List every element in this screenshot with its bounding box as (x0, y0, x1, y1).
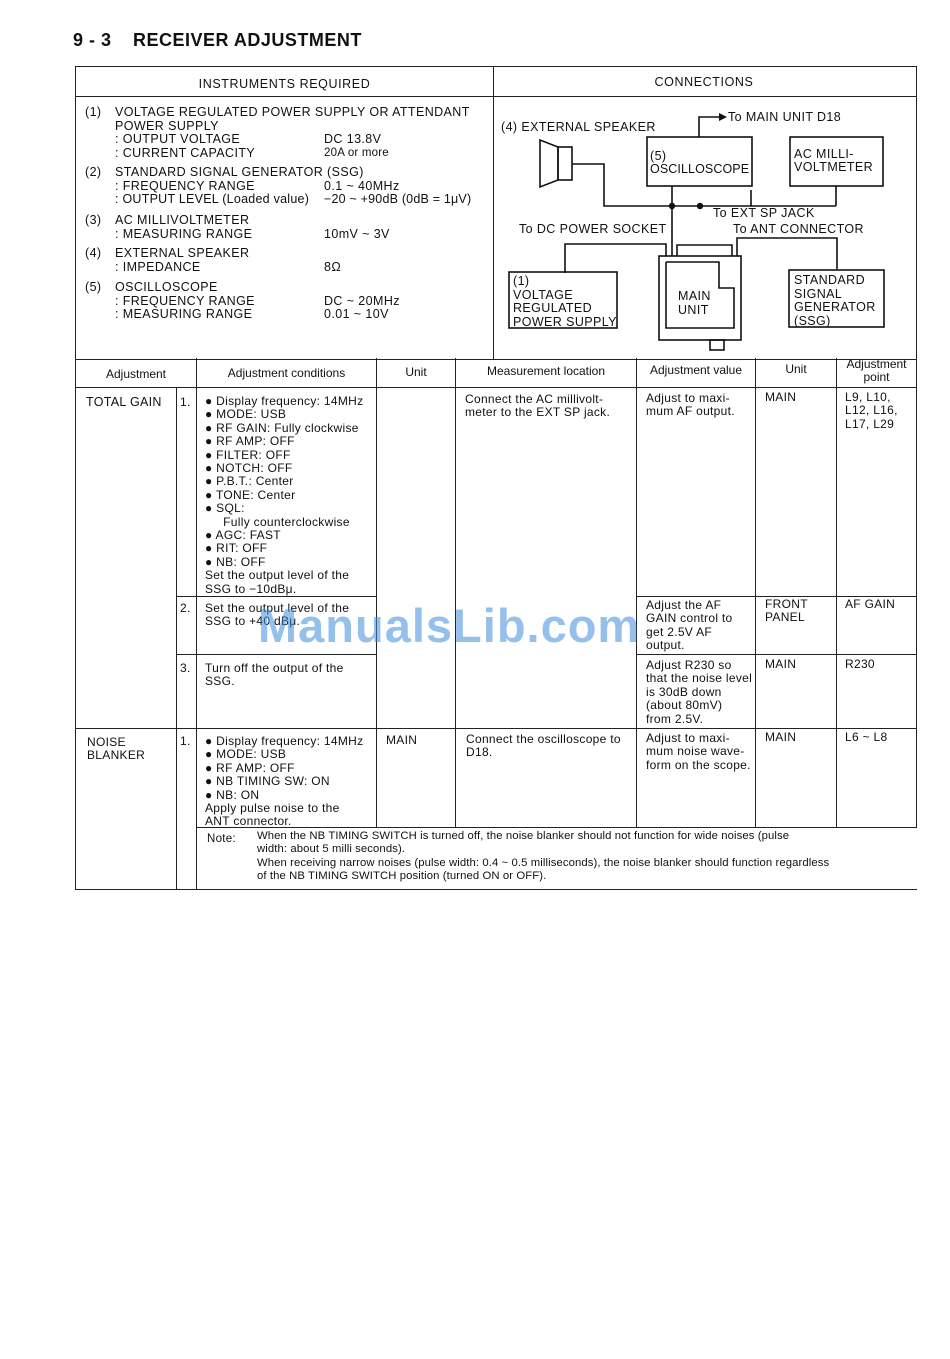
text-line: (about 80mV) (646, 699, 752, 712)
to-main-unit-label: To MAIN UNIT D18 (728, 111, 841, 125)
text-line: Connect the oscilloscope to (466, 733, 621, 746)
unit: MAIN (386, 734, 417, 747)
step-number: 1. (180, 735, 191, 748)
text-line: from 2.5V. (646, 713, 752, 726)
unit: MAIN (765, 391, 796, 404)
text-line: Adjust R230 so (646, 659, 752, 672)
measurement-location: Connect the oscilloscope toD18. (466, 733, 621, 760)
section-number: 9 - 3 (73, 30, 133, 51)
note-text: When the NB TIMING SWITCH is turned off,… (257, 830, 829, 883)
ssg-label: STANDARD (794, 274, 865, 288)
text-line: Turn off the output of the (205, 662, 344, 675)
text-line: mum AF output. (646, 405, 735, 418)
adjustment-value: Adjust the AFGAIN control toget 2.5V AFo… (646, 599, 733, 653)
main-unit-label: MAIN (678, 290, 711, 304)
millivoltmeter-label: VOLTMETER (794, 161, 873, 175)
section-heading: RECEIVER ADJUSTMENT (133, 30, 362, 50)
text-line: ● AGC: FAST (205, 529, 363, 542)
text-line: When the NB TIMING SWITCH is turned off,… (257, 830, 829, 843)
text-line: of the NB TIMING SWITCH position (turned… (257, 870, 829, 883)
adjustment-conditions: ● Display frequency: 14MHz● MODE: USB● R… (205, 395, 363, 596)
psu-label: (1) (513, 275, 529, 289)
ssg-label: GENERATOR (794, 301, 876, 315)
header-measurement-location: Measurement location (456, 365, 636, 378)
adjustment-point: L9, L10,L12, L16,L17, L29 (845, 391, 898, 431)
spec-value: 20A or more (324, 147, 389, 160)
text-line: that the noise level (646, 672, 752, 685)
text-line: SSG. (205, 675, 344, 688)
to-ant-label: To ANT CONNECTOR (733, 223, 864, 237)
spec-label: : FREQUENCY RANGE (115, 295, 255, 309)
text-line: ● RF AMP: OFF (205, 762, 363, 775)
text-line: GAIN control to (646, 612, 733, 625)
spec-value: 0.1 ~ 40MHz (324, 180, 400, 194)
unit: MAIN (765, 731, 796, 744)
text-line: ● Display frequency: 14MHz (205, 395, 363, 408)
spec-value: 0.01 ~ 10V (324, 308, 389, 322)
to-dc-power-label: To DC POWER SOCKET (519, 223, 667, 237)
text-line: ● TONE: Center (205, 489, 363, 502)
instrument-name: OSCILLOSCOPE (115, 281, 218, 295)
spec-label: : CURRENT CAPACITY (115, 147, 255, 161)
text-line: R230 (845, 658, 875, 671)
header-unit: Unit (377, 366, 455, 379)
text-line: meter to the EXT SP jack. (465, 406, 610, 419)
note-label: Note: (207, 833, 236, 846)
adjustment-conditions: Set the output level of theSSG to +40 dB… (205, 602, 349, 629)
spec-value: −20 ~ +90dB (0dB = 1μV) (324, 193, 471, 207)
text-line: Set the output level of the (205, 569, 363, 582)
psu-label: POWER SUPPLY (513, 316, 617, 330)
text-line: width: about 5 milli seconds). (257, 843, 829, 856)
text-line: L6 ~ L8 (845, 731, 887, 744)
spec-label: : FREQUENCY RANGE (115, 180, 255, 194)
diagram-labels: (4) EXTERNAL SPEAKER To MAIN UNIT D18 (5… (494, 97, 915, 357)
text-line: get 2.5V AF (646, 626, 733, 639)
text-line: form on the scope. (646, 759, 751, 772)
text-line: AF GAIN (845, 598, 895, 611)
unit: FRONT PANEL (765, 598, 808, 625)
text-line: ● MODE: USB (205, 748, 363, 761)
oscilloscope-label: OSCILLOSCOPE (650, 163, 749, 177)
instrument-num: (5) (85, 281, 101, 295)
step-number: 1. (180, 396, 191, 409)
adjustment-conditions: Turn off the output of theSSG. (205, 662, 344, 689)
section-title: 9 - 3RECEIVER ADJUSTMENT (73, 30, 362, 51)
spec-value: DC 13.8V (324, 133, 381, 147)
text-line: L9, L10, (845, 391, 898, 404)
adjustment-name: NOISE BLANKER (87, 736, 145, 763)
psu-label: REGULATED (513, 302, 592, 316)
text-line: SSG to +40 dBμ. (205, 615, 349, 628)
text-line: is 30dB down (646, 686, 752, 699)
connections-header: CONNECTIONS (494, 76, 914, 89)
instrument-num: (3) (85, 214, 101, 228)
text-line: output. (646, 639, 733, 652)
text-line: Set the output level of the (205, 602, 349, 615)
header-unit-2: Unit (756, 363, 836, 376)
adjustment-value: Adjust R230 sothat the noise levelis 30d… (646, 659, 752, 726)
spec-value: 8Ω (324, 261, 341, 275)
spec-label: : OUTPUT VOLTAGE (115, 133, 240, 147)
text-line: Adjust to maxi- (646, 732, 751, 745)
instrument-num: (1) (85, 106, 101, 120)
text-line: ● RF AMP: OFF (205, 435, 363, 448)
adjustment-point: R230 (845, 658, 875, 671)
text-line: Fully counterclockwise (205, 516, 363, 529)
adjustment-value: Adjust to maxi-mum noise wave-form on th… (646, 732, 751, 772)
text-line: L12, L16, (845, 404, 898, 417)
text-line: ● NB: OFF (205, 556, 363, 569)
psu-label: VOLTAGE (513, 289, 573, 303)
step-number: 3. (180, 662, 191, 675)
spec-label: : MEASURING RANGE (115, 308, 252, 322)
spec-label: : IMPEDANCE (115, 261, 201, 275)
instrument-num: (2) (85, 166, 101, 180)
text-line: ● MODE: USB (205, 408, 363, 421)
instrument-name: POWER SUPPLY (115, 120, 219, 134)
text-line: ● RIT: OFF (205, 542, 363, 555)
text-line: ● NB TIMING SW: ON (205, 775, 363, 788)
text-line: ANT connector. (205, 815, 363, 828)
text-line: mum noise wave- (646, 745, 751, 758)
text-line: D18. (466, 746, 621, 759)
header-adjustment-value: Adjustment value (637, 364, 755, 377)
step-number: 2. (180, 602, 191, 615)
spec-value: DC ~ 20MHz (324, 295, 400, 309)
text-line: Connect the AC millivolt- (465, 393, 610, 406)
text-line: When receiving narrow noises (pulse widt… (257, 857, 829, 870)
instruments-header: INSTRUMENTS REQUIRED (76, 78, 493, 91)
ssg-label: SIGNAL (794, 288, 842, 302)
measurement-location: Connect the AC millivolt-meter to the EX… (465, 393, 610, 420)
external-speaker-label: (4) EXTERNAL SPEAKER (501, 121, 656, 135)
instrument-num: (4) (85, 247, 101, 261)
instrument-name: VOLTAGE REGULATED POWER SUPPLY OR ATTEND… (115, 106, 470, 120)
header-adjustment-point: Adjustment point (837, 358, 916, 384)
spec-label: : OUTPUT LEVEL (Loaded value) (115, 193, 309, 207)
text-line: ● NOTCH: OFF (205, 462, 363, 475)
ssg-label: (SSG) (794, 315, 831, 329)
text-line: ● P.B.T.: Center (205, 475, 363, 488)
text-line: Adjust the AF (646, 599, 733, 612)
spec-label: : MEASURING RANGE (115, 228, 252, 242)
header-conditions: Adjustment conditions (197, 367, 376, 380)
adjustment-point: AF GAIN (845, 598, 895, 611)
text-line: Adjust to maxi- (646, 392, 735, 405)
text-line: L17, L29 (845, 418, 898, 431)
text-line: Apply pulse noise to the (205, 802, 363, 815)
text-line: ● SQL: (205, 502, 363, 515)
instrument-name: STANDARD SIGNAL GENERATOR (SSG) (115, 166, 364, 180)
to-ext-sp-label: To EXT SP JACK (713, 207, 815, 221)
text-line: ● NB: ON (205, 789, 363, 802)
text-line: SSG to −10dBμ. (205, 583, 363, 596)
instrument-name: AC MILLIVOLTMETER (115, 214, 249, 228)
text-line: ● Display frequency: 14MHz (205, 735, 363, 748)
adjustment-name: TOTAL GAIN (86, 396, 162, 409)
header-adjustment: Adjustment (76, 368, 196, 381)
instrument-name: EXTERNAL SPEAKER (115, 247, 249, 261)
unit: MAIN (765, 658, 796, 671)
text-line: ● RF GAIN: Fully clockwise (205, 422, 363, 435)
adjustment-point: L6 ~ L8 (845, 731, 887, 744)
main-unit-label: UNIT (678, 304, 709, 318)
text-line: ● FILTER: OFF (205, 449, 363, 462)
adjustment-conditions: ● Display frequency: 14MHz● MODE: USB● R… (205, 735, 363, 829)
adjustment-value: Adjust to maxi-mum AF output. (646, 392, 735, 419)
spec-value: 10mV ~ 3V (324, 228, 390, 242)
